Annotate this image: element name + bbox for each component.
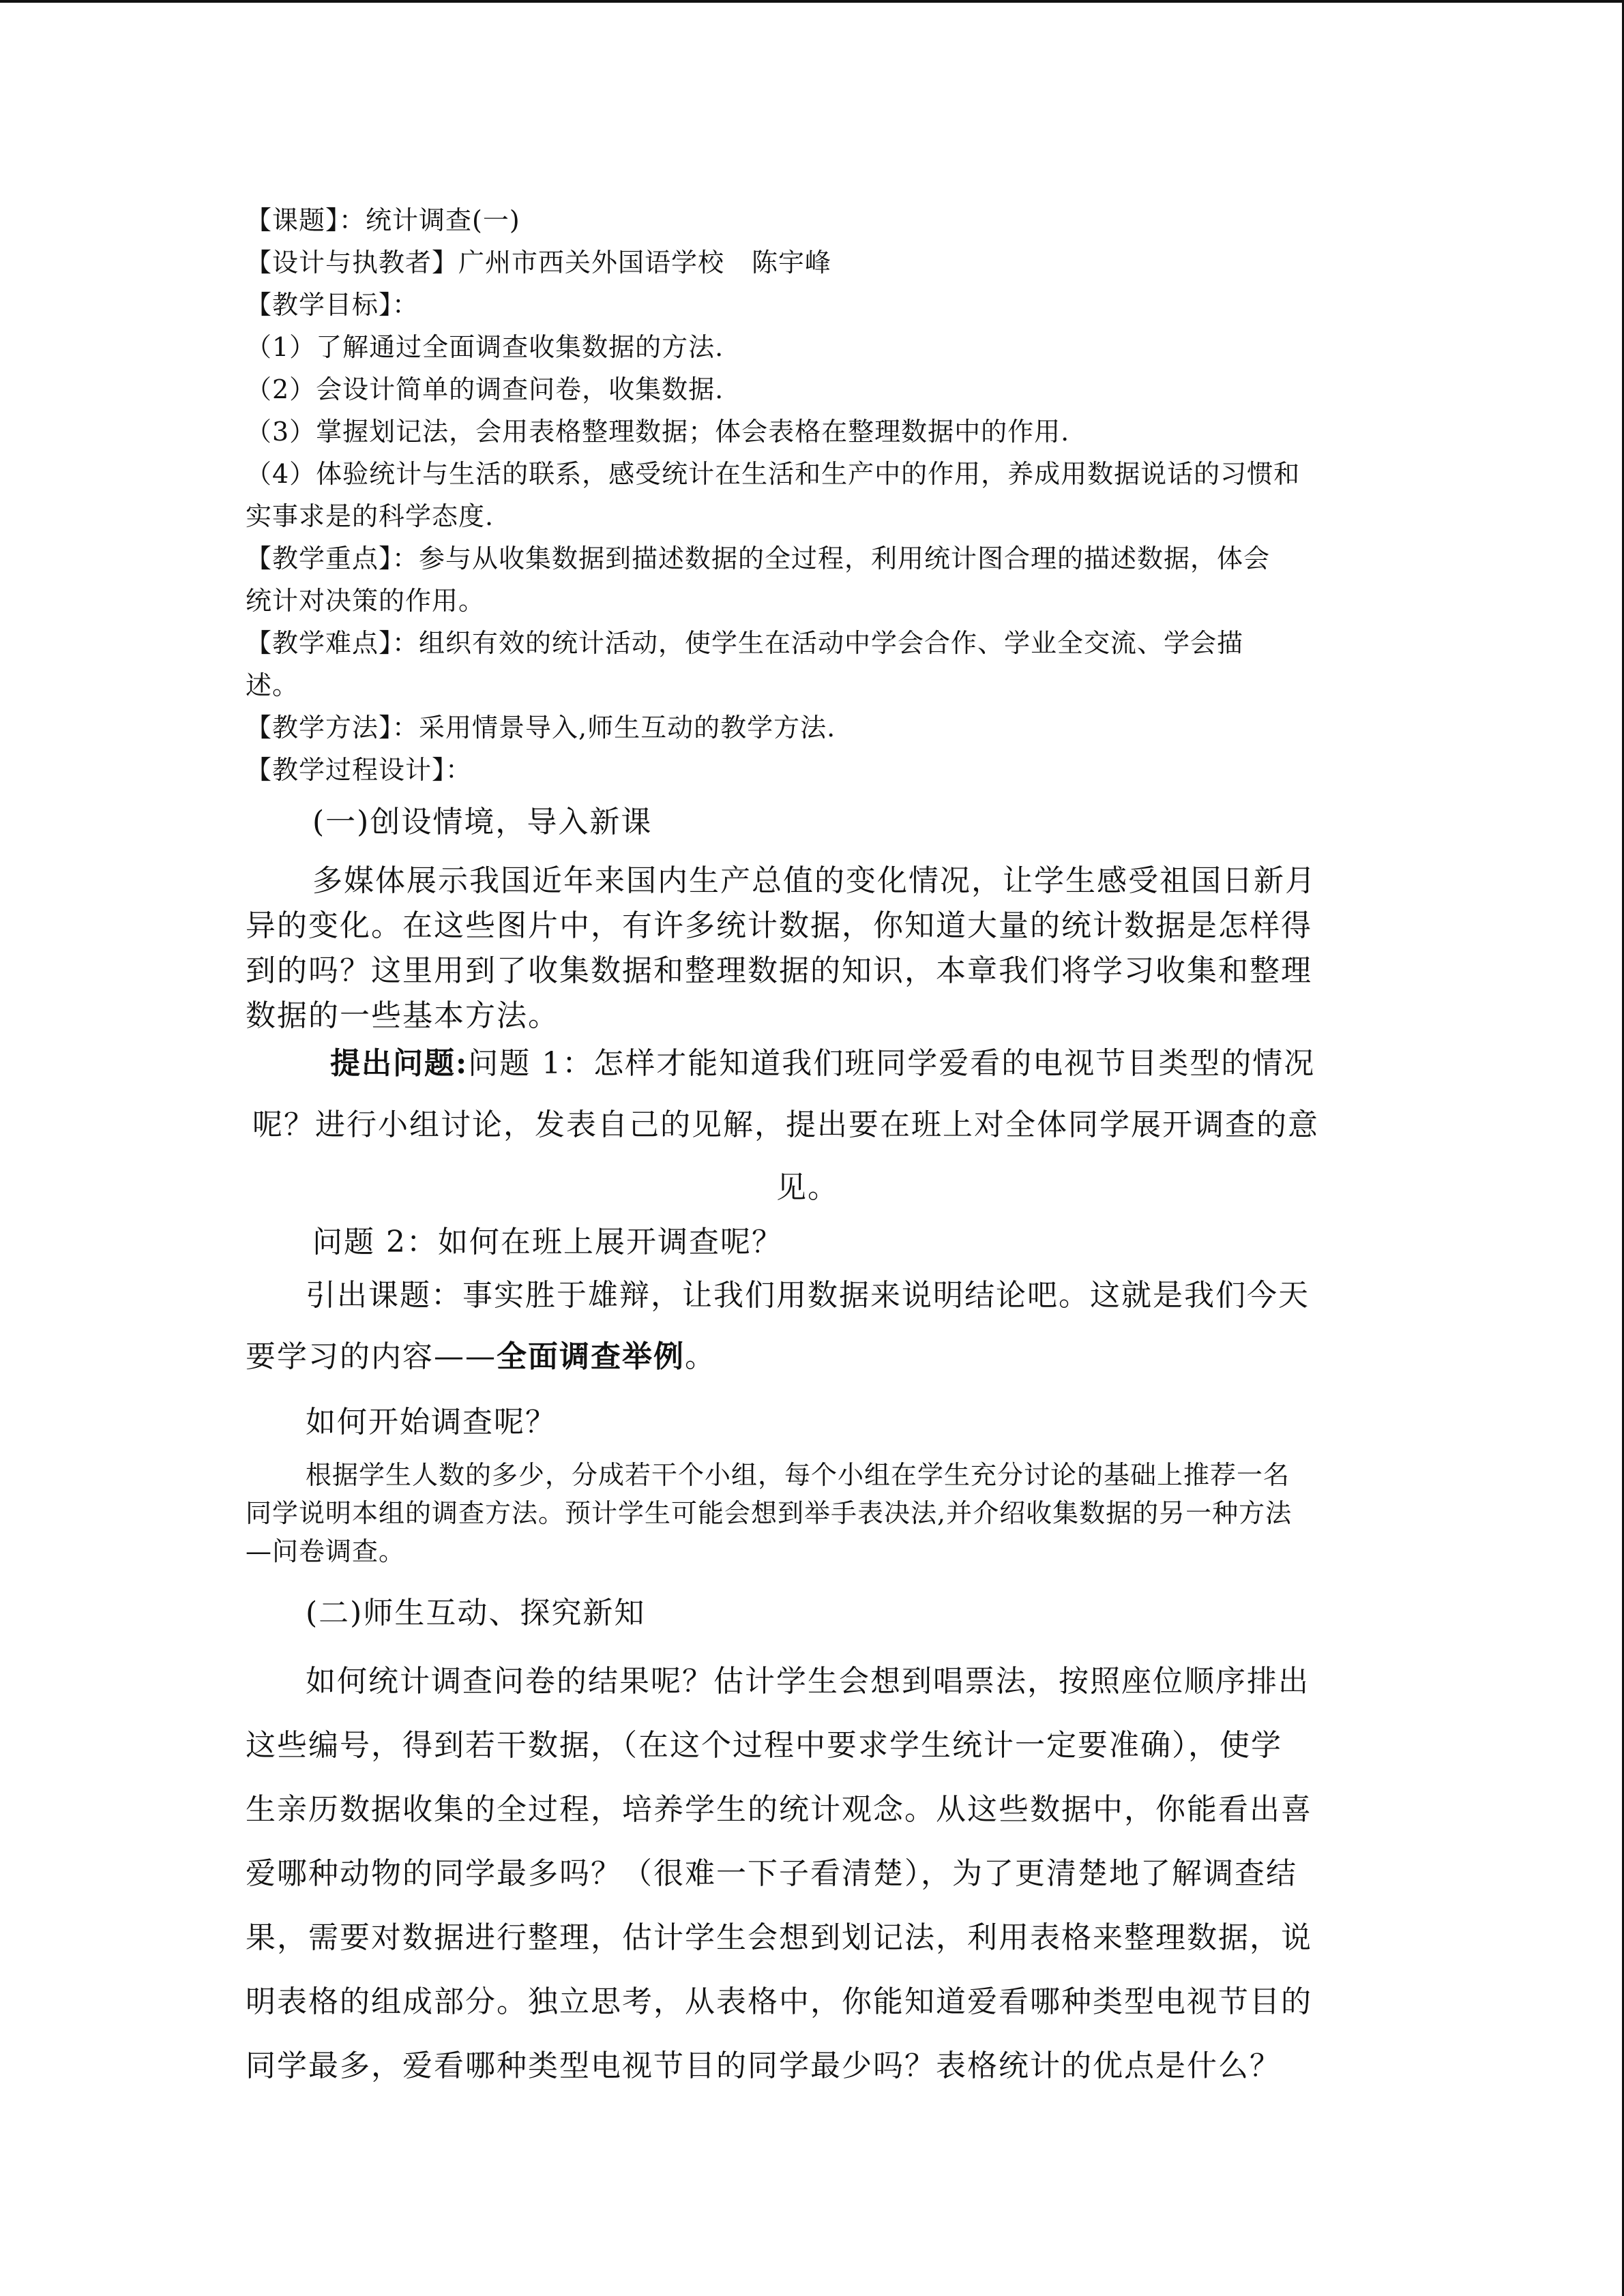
question1-line2: 呢？进行小组讨论，发表自己的见解，提出要在班上对全体同学展开调查的意 [252, 1110, 1319, 1140]
lead-in-bold-topic: 全面调查举例 [497, 1339, 685, 1374]
process-label: 【教学过程设计】： [246, 757, 472, 783]
key-points-line1: 【教学重点】：参与从收集数据到描述数据的全过程，利用统计图合理的描述数据，体会 [246, 546, 1270, 571]
key-points-line2: 统计对决策的作用。 [246, 588, 485, 614]
objective-item: （1）了解通过全面调查收集数据的方法. [246, 334, 724, 360]
question1-label: 提出问题: [330, 1046, 468, 1081]
key-points-text: 参与从收集数据到描述数据的全过程，利用统计图合理的描述数据，体会 [419, 543, 1270, 573]
designer-name: 陈宇峰 [752, 248, 831, 278]
question1-line1: 提出问题:问题 1：怎样才能知道我们班同学爱看的电视节目类型的情况 [330, 1049, 1315, 1079]
lead-in-suffix: 。 [685, 1339, 716, 1374]
objective-item: 实事求是的科学态度. [246, 503, 494, 529]
section2-body-line: 明表格的组成部分。独立思考，从表格中，你能知道爱看哪种类型电视节目的 [246, 1987, 1312, 2017]
difficulties-line2: 述。 [246, 672, 299, 698]
designer-school: 广州市西关外国语学校 [458, 248, 724, 278]
question1-line3: 见。 [776, 1173, 839, 1203]
designer-line: 【设计与执教者】广州市西关外国语学校陈宇峰 [246, 250, 831, 275]
methods-line: 【教学方法】：采用情景导入,师生互动的教学方法. [246, 715, 836, 741]
question1-text: 问题 1：怎样才能知道我们班同学爱看的电视节目类型的情况 [468, 1046, 1315, 1081]
difficulties-label: 【教学难点】： [246, 628, 419, 658]
difficulties-text: 组织有效的统计活动，使学生在活动中学会合作、学业全交流、学会描 [419, 628, 1243, 658]
topic-value: 统计调查(一) [366, 205, 520, 235]
section2-body-line: 果，需要对数据进行整理，估计学生会想到划记法，利用表格来整理数据，说 [246, 1923, 1312, 1953]
lead-in-line2: 要学习的内容——全面调查举例。 [246, 1342, 716, 1372]
how-start-line: 如何开始调查呢？ [306, 1407, 557, 1437]
section2-body-line: 这些编号，得到若干数据，（在这个过程中要求学生统计一定要准确），使学 [246, 1731, 1282, 1761]
section2-body-line: 生亲历数据收集的全过程，培养学生的统计观念。从这些数据中，你能看出喜 [246, 1795, 1312, 1825]
grouping-line: 根据学生人数的多少，分成若干个小组，每个小组在学生充分讨论的基础上推荐一名 [306, 1462, 1290, 1488]
lead-in-line1: 引出课题：事实胜于雄辩，让我们用数据来说明结论吧。这就是我们今天 [306, 1281, 1310, 1311]
topic-line: 【课题】：统计调查(一) [246, 207, 520, 233]
lead-in-prefix: 要学习的内容—— [246, 1339, 497, 1374]
section1-intro-line: 异的变化。在这些图片中，有许多统计数据，你知道大量的统计数据是怎样得 [246, 911, 1312, 941]
objective-item: （2）会设计简单的调查问卷，收集数据. [246, 376, 724, 402]
topic-label: 【课题】： [246, 205, 366, 235]
grouping-line: —问卷调查。 [246, 1538, 405, 1564]
key-points-label: 【教学重点】： [246, 543, 419, 573]
section1-intro-line: 到的吗？这里用到了收集数据和整理数据的知识，本章我们将学习收集和整理 [246, 956, 1312, 986]
objectives-label: 【教学目标】： [246, 292, 419, 318]
section2-body-line: 同学最多，爱看哪种类型电视节目的同学最少吗？表格统计的优点是什么？ [246, 2051, 1281, 2081]
difficulties-line1: 【教学难点】：组织有效的统计活动，使学生在活动中学会合作、学业全交流、学会描 [246, 630, 1243, 656]
section1-heading: (一)创设情境，导入新课 [312, 807, 652, 837]
methods-label: 【教学方法】： [246, 713, 419, 743]
grouping-line: 同学说明本组的调查方法。预计学生可能会想到举手表决法,并介绍收集数据的另一种方法 [246, 1500, 1292, 1526]
question2-line: 问题 2：如何在班上展开调查呢？ [312, 1227, 783, 1257]
section2-heading: (二)师生互动、探究新知 [306, 1598, 645, 1628]
document-page: 【课题】：统计调查(一) 【设计与执教者】广州市西关外国语学校陈宇峰 【教学目标… [0, 0, 1624, 2296]
section2-body-line: 爱哪种动物的同学最多吗？（很难一下子看清楚），为了更清楚地了解调查结 [246, 1859, 1297, 1889]
designer-label: 【设计与执教者】 [246, 248, 458, 278]
section1-intro-line: 多媒体展示我国近年来国内生产总值的变化情况，让学生感受祖国日新月 [312, 866, 1316, 896]
section1-intro-line: 数据的一些基本方法。 [246, 1001, 559, 1031]
objective-item: （4）体验统计与生活的联系，感受统计在生活和生产中的作用，养成用数据说话的习惯和 [246, 461, 1300, 487]
methods-text: 采用情景导入,师生互动的教学方法. [419, 713, 836, 743]
section2-body-line: 如何统计调查问卷的结果呢？估计学生会想到唱票法，按照座位顺序排出 [306, 1667, 1310, 1697]
objective-item: （3）掌握划记法，会用表格整理数据；体会表格在整理数据中的作用. [246, 419, 1069, 445]
